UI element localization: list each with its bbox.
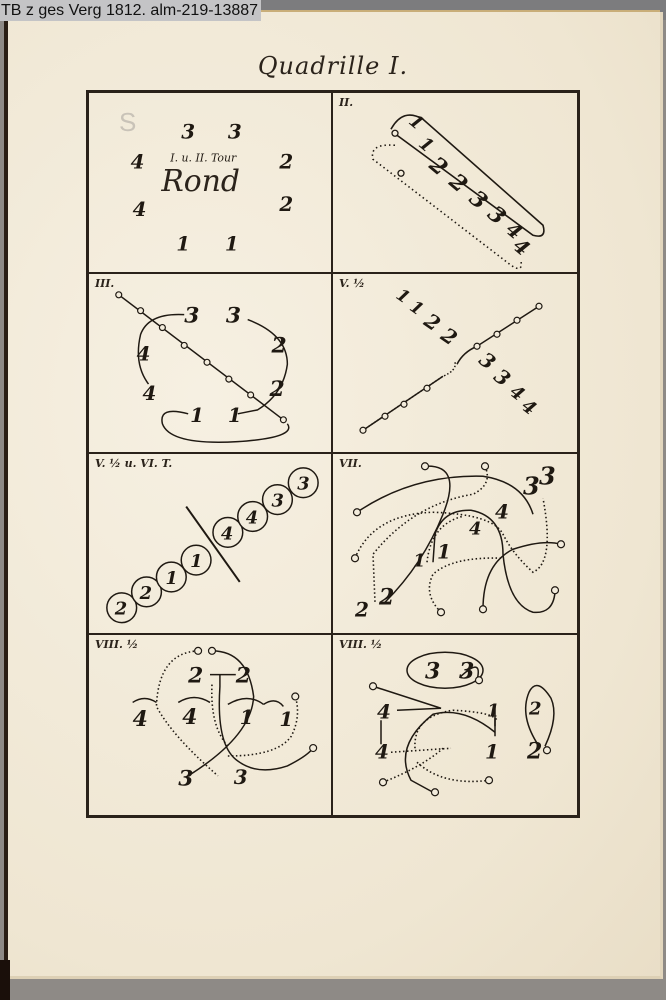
dancer-label: 4 xyxy=(377,699,391,723)
dancer-label: 1 xyxy=(487,700,500,721)
dancer-label: 3 xyxy=(181,120,195,144)
figure-grid: S 3 3 4 2 4 2 1 1 I. u. II. Tour Rond II… xyxy=(86,90,580,818)
figure-viii-half-a-diagram: 2 2 4 4 1 1 3 3 xyxy=(89,635,331,816)
dancer-label: 3 xyxy=(297,474,309,495)
dancer-label: 3 xyxy=(489,363,515,391)
dancer-label: 1 xyxy=(392,284,413,307)
dancer-label: 1 xyxy=(413,550,426,571)
figure-v-half-vi-diagram: 2 2 1 1 4 4 3 3 xyxy=(89,454,331,633)
dancer-label: 2 xyxy=(378,584,394,610)
dancer-label: 1 xyxy=(176,232,190,256)
dancer-label: 3 xyxy=(234,764,248,788)
dancer-label: 2 xyxy=(235,663,251,688)
figure-vii: VII. 3 3 4 4 1 1 xyxy=(333,454,577,635)
dancer-label: 4 xyxy=(131,149,145,173)
figure-rond: S 3 3 4 2 4 2 1 1 I. u. II. Tour Rond xyxy=(89,93,333,274)
figure-ii-diagram: 1 1 2 2 3 3 4 4 xyxy=(333,93,577,272)
figure-iii: III. 3 3 4 2 4 2 1 1 xyxy=(89,274,333,455)
dancer-label: 3 xyxy=(228,120,242,144)
dancer-label: 3 xyxy=(226,303,241,328)
figure-viii-half-b-diagram: 3 3 2 4 1 4 1 2 xyxy=(333,635,577,816)
dancer-label: 1 xyxy=(405,110,428,134)
dancer-label: 2 xyxy=(436,322,462,350)
dancer-label: 2 xyxy=(526,738,542,764)
dancer-label: 1 xyxy=(190,402,204,426)
dancer-label: 3 xyxy=(464,185,492,215)
tour-subtitle: I. u. II. Tour xyxy=(169,151,237,164)
dancer-label: 1 xyxy=(190,551,202,572)
dancer-label: 4 xyxy=(133,707,148,732)
dancer-label: 1 xyxy=(165,568,177,589)
dancer-label: 1 xyxy=(279,707,293,731)
dancer-label: 1 xyxy=(406,296,427,319)
dancer-label: 1 xyxy=(228,402,242,426)
dancer-label: 4 xyxy=(495,499,509,523)
dancer-label: 3 xyxy=(184,303,199,328)
dancer-label: 1 xyxy=(240,705,254,729)
figure-v-half-diagram: 1 1 2 2 3 3 4 4 xyxy=(333,274,577,453)
dancer-label: 2 xyxy=(354,597,369,621)
dancer-label: 3 xyxy=(523,471,540,500)
dancer-label: 1 xyxy=(485,739,499,763)
figure-viii-half-a: VIII. ½ 2 2 4 4 1 1 3 3 xyxy=(89,635,333,816)
dancer-label: 3 xyxy=(459,658,474,684)
dancer-label: 3 xyxy=(475,346,501,374)
dancer-label: 1 xyxy=(225,232,239,256)
dancer-label: 4 xyxy=(517,395,540,419)
dancer-label: 4 xyxy=(469,518,482,539)
image-caption: TB z ges Verg 1812. alm-219-13887 xyxy=(0,0,261,21)
rond-heading: Rond xyxy=(160,164,240,199)
figure-iii-diagram: 3 3 4 2 4 2 1 1 xyxy=(89,274,331,453)
dancer-label: 4 xyxy=(375,739,389,763)
dancer-label: 2 xyxy=(423,151,452,181)
dancer-label: 3 xyxy=(425,658,440,684)
figure-v-half: V. ½ 1 1 2 2 3 3 4 4 xyxy=(333,274,577,455)
dancer-label: 2 xyxy=(187,663,203,688)
dancer-label: 2 xyxy=(139,583,152,604)
book-spine-foot xyxy=(0,960,10,1000)
dancer-label: 4 xyxy=(182,705,197,730)
dancer-label: 2 xyxy=(278,192,293,216)
dancer-label: 2 xyxy=(419,307,445,335)
dancer-label: 3 xyxy=(539,461,556,490)
figure-ii: II. 1 1 2 2 3 3 4 4 xyxy=(333,93,577,274)
dancer-label: 4 xyxy=(221,523,233,544)
figure-viii-half-b: VIII. ½ 3 3 2 xyxy=(333,635,577,816)
dancer-label: 4 xyxy=(137,341,151,365)
rond-diagram: 3 3 4 2 4 2 1 1 I. u. II. Tour Rond xyxy=(89,93,331,272)
dancer-label: 2 xyxy=(269,376,285,401)
dancer-label: 4 xyxy=(133,197,147,221)
dancer-label: 3 xyxy=(178,766,193,791)
page-title: Quadrille I. xyxy=(0,52,666,80)
book-spine xyxy=(4,20,8,960)
dancer-label: 2 xyxy=(114,599,127,620)
figure-vii-diagram: 3 3 4 4 1 1 2 2 xyxy=(333,454,577,633)
dancer-label: 1 xyxy=(437,539,451,563)
dancer-label: 1 xyxy=(414,133,437,157)
dancer-label: 3 xyxy=(271,491,283,512)
dancer-label: 2 xyxy=(278,149,293,173)
dancer-label: 2 xyxy=(270,333,286,358)
dancer-label: 2 xyxy=(528,698,542,719)
figure-v-half-vi: V. ½ u. VI. T. 2 2 1 1 4 4 3 3 xyxy=(89,454,333,635)
dancer-label: 3 xyxy=(482,201,510,231)
dancer-label: 4 xyxy=(143,380,157,404)
dancer-label: 4 xyxy=(246,507,258,528)
